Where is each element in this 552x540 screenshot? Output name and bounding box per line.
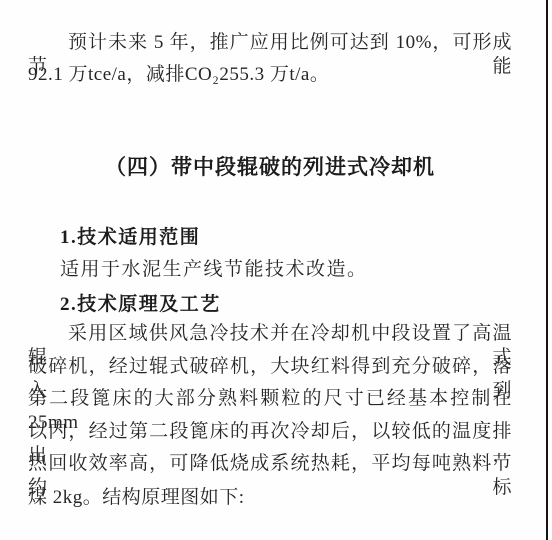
subsection-1-body: 适用于水泥生产线节能技术改造。 — [60, 254, 368, 281]
document-page: 预计未来 5 年，推广应用比例可达到 10%，可形成节能 92.1 万tce/a… — [0, 0, 552, 540]
scan-edge-line — [546, 0, 548, 540]
subsection-1-title: 1.技术适用范围 — [60, 222, 200, 249]
subsection-2-title: 2.技术原理及工艺 — [60, 289, 221, 316]
subsection-2-paragraph-line-6: 煤 2kg。结构原理图如下: — [28, 486, 512, 510]
intro-paragraph-line-2: 92.1 万tce/a，减排CO₂255.3 万t/a。 — [28, 63, 512, 87]
section-heading: （四）带中段辊破的列进式冷却机 — [28, 151, 512, 181]
